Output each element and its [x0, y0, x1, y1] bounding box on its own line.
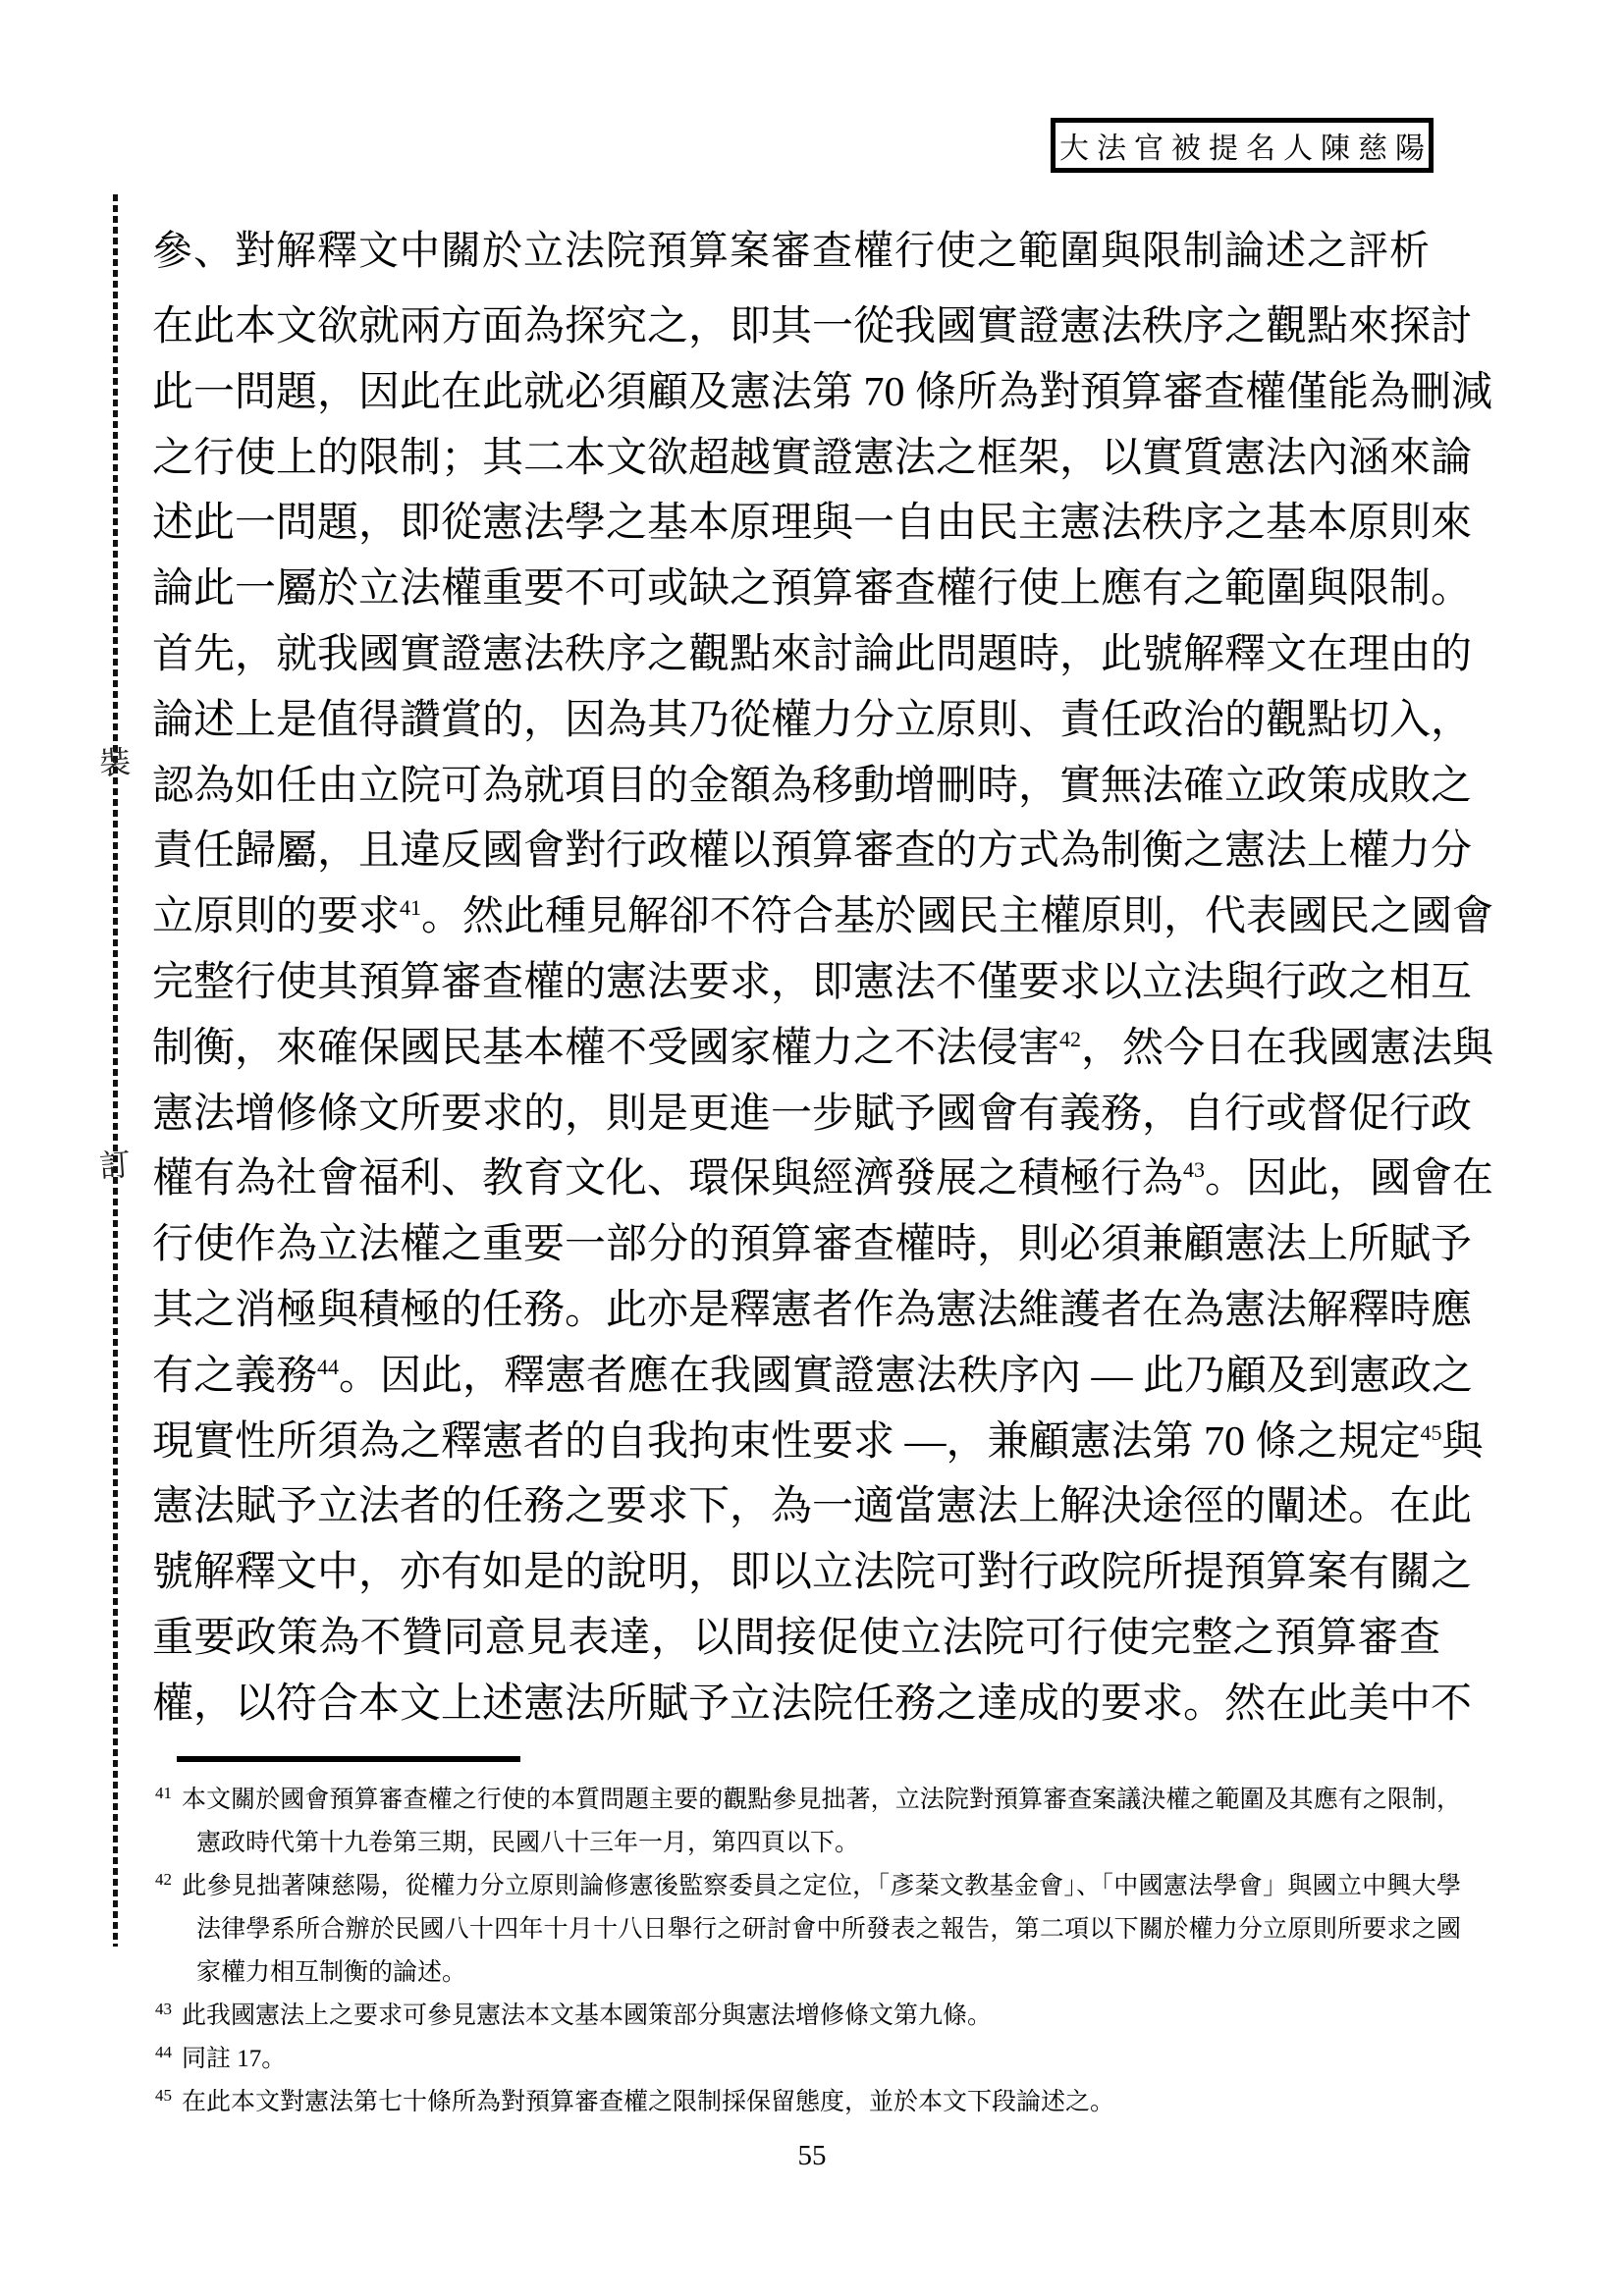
body-line: 之行使上的限制；其二本文欲超越實證憲法之框架，以實質憲法內涵來論	[152, 426, 1440, 492]
body-line: 責任歸屬，且違反國會對行政權以預算審查的方式為制衡之憲法上權力分	[152, 819, 1440, 884]
binding-mark-ding: 訂	[91, 1140, 137, 1188]
footnote-separator	[177, 1756, 520, 1762]
body-line: 號解釋文中，亦有如是的說明，即以立法院可對行政院所提預算案有關之	[152, 1540, 1440, 1606]
body-line: 首先，就我國實證憲法秩序之觀點來討論此問題時，此號解釋文在理由的	[152, 622, 1440, 688]
body-segment: 此一問題，因此在此就必須顧及憲法第 70 條所為對預算審查權僅能為刪減	[152, 370, 1492, 415]
footnote-ref: 43	[1183, 1157, 1205, 1182]
footnote: 45在此本文對憲法第七十條所為對預算審查權之限制採保留態度，並於本文下段論述之。	[155, 2081, 1461, 2124]
body-segment: 與	[1442, 1419, 1484, 1465]
section-title: 參、對解釋文中關於立法院預算案審查權行使之範圍與限制論述之評析	[152, 218, 1448, 276]
body-line: 憲法賦予立法者的任務之要求下，為一適當憲法上解決途徑的闡述。在此	[152, 1474, 1440, 1540]
nominee-header-label: 大法官被提名人陳慈陽	[1052, 124, 1433, 167]
body-line: 認為如任由立院可為就項目的金額為移動增刪時，實無法確立政策成敗之	[152, 754, 1440, 820]
footnote-number: 41	[155, 1784, 172, 1802]
footnote-text: 同註 17。	[182, 2046, 286, 2072]
footnote-number: 45	[155, 2086, 172, 2105]
page-number: 55	[0, 2140, 1624, 2172]
footnote-ref: 44	[317, 1355, 339, 1379]
body-segment: 權，以符合本文上述憲法所賦予立法院任務之達成的要求。然在此美中不	[152, 1682, 1472, 1727]
document-page: 裝 訂 大法官被提名人陳慈陽 參、對解釋文中關於立法院預算案審查權行使之範圍與限…	[0, 0, 1624, 2296]
footnotes: 41本文關於國會預算審查權之行使的本質問題主要的觀點參見拙著，立法院對預算審查案…	[155, 1779, 1461, 2124]
body-text: 在此本文欲就兩方面為探究之，即其一從我國實證憲法秩序之觀點來探討此一問題，因此在…	[152, 294, 1440, 1737]
body-segment: 立原則的要求	[152, 894, 400, 939]
body-segment: 現實性所須為之釋憲者的自我拘束性要求 —，兼顧憲法第 70 條之規定	[152, 1419, 1421, 1465]
body-line: 立原則的要求41。然此種見解卻不符合基於國民主權原則，代表國民之國會	[152, 884, 1440, 950]
body-segment: 。因此，國會在	[1205, 1156, 1493, 1201]
body-line: 在此本文欲就兩方面為探究之，即其一從我國實證憲法秩序之觀點來探討	[152, 294, 1440, 360]
body-segment: 。然此種見解卻不符合基於國民主權原則，代表國民之國會	[421, 894, 1493, 939]
body-line: 述此一問題，即從憲法學之基本原理與一自由民主憲法秩序之基本原則來	[152, 491, 1440, 557]
body-segment: 在此本文欲就兩方面為探究之，即其一從我國實證憲法秩序之觀點來探討	[152, 304, 1472, 349]
body-line: 制衡，來確保國民基本權不受國家權力之不法侵害42，然今日在我國憲法與	[152, 1016, 1440, 1082]
footnote-text: 本文關於國會預算審查權之行使的本質問題主要的觀點參見拙著，立法院對預算審查案議決…	[182, 1787, 1461, 1856]
body-segment: 其之消極與積極的任務。此亦是釋憲者作為憲法維護者在為憲法解釋時應	[152, 1288, 1472, 1333]
footnote: 43此我國憲法上之要求可參見憲法本文基本國策部分與憲法增修條文第九條。	[155, 1995, 1461, 2038]
body-segment: 憲法賦予立法者的任務之要求下，為一適當憲法上解決途徑的闡述。在此	[152, 1484, 1472, 1529]
body-segment: 號解釋文中，亦有如是的說明，即以立法院可對行政院所提預算案有關之	[152, 1550, 1472, 1595]
footnote: 41本文關於國會預算審查權之行使的本質問題主要的觀點參見拙著，立法院對預算審查案…	[155, 1779, 1461, 1865]
body-line: 行使作為立法權之重要一部分的預算審查權時，則必須兼顧憲法上所賦予	[152, 1212, 1440, 1278]
body-segment: 之行使上的限制；其二本文欲超越實證憲法之框架，以實質憲法內涵來論	[152, 436, 1472, 481]
body-line: 其之消極與積極的任務。此亦是釋憲者作為憲法維護者在為憲法解釋時應	[152, 1278, 1440, 1344]
body-line: 論述上是值得讚賞的，因為其乃從權力分立原則、責任政治的觀點切入，	[152, 688, 1440, 754]
footnote-number: 44	[155, 2043, 172, 2061]
body-segment: 重要政策為不贊同意見表達，以間接促使立法院可行使完整之預算審查	[152, 1616, 1440, 1661]
body-line: 權有為社會福利、教育文化、環保與經濟發展之積極行為43。因此，國會在	[152, 1147, 1440, 1212]
body-line: 論此一屬於立法權重要不可或缺之預算審查權行使上應有之範圍與限制。	[152, 557, 1440, 622]
footnote-number: 42	[155, 1870, 172, 1889]
body-segment: 責任歸屬，且違反國會對行政權以預算審查的方式為制衡之憲法上權力分	[152, 828, 1472, 874]
body-line: 完整行使其預算審查權的憲法要求，即憲法不僅要求以立法與行政之相互	[152, 950, 1440, 1016]
binding-dashed-line	[113, 194, 118, 1947]
footnote-text: 在此本文對憲法第七十條所為對預算審查權之限制採保留態度，並於本文下段論述之。	[182, 2089, 1114, 2115]
body-segment: 述此一問題，即從憲法學之基本原理與一自由民主憲法秩序之基本原則來	[152, 501, 1472, 546]
body-segment: 首先，就我國實證憲法秩序之觀點來討論此問題時，此號解釋文在理由的	[152, 632, 1472, 677]
footnote: 42此參見拙著陳慈陽，從權力分立原則論修憲後監察委員之定位，「彥棻文教基金會」、…	[155, 1865, 1461, 1995]
body-line: 有之義務44。因此，釋憲者應在我國實證憲法秩序內 — 此乃顧及到憲政之	[152, 1344, 1440, 1410]
body-line: 憲法增修條文所要求的，則是更進一步賦予國會有義務，自行或督促行政	[152, 1082, 1440, 1148]
body-line: 現實性所須為之釋憲者的自我拘束性要求 —，兼顧憲法第 70 條之規定45與	[152, 1410, 1440, 1475]
footnote-text: 此參見拙著陳慈陽，從權力分立原則論修憲後監察委員之定位，「彥棻文教基金會」、「中…	[182, 1873, 1461, 1986]
body-segment: 有之義務	[152, 1354, 317, 1399]
body-segment: 憲法增修條文所要求的，則是更進一步賦予國會有義務，自行或督促行政	[152, 1092, 1472, 1137]
body-line: 重要政策為不贊同意見表達，以間接促使立法院可行使完整之預算審查	[152, 1606, 1440, 1672]
body-segment: 行使作為立法權之重要一部分的預算審查權時，則必須兼顧憲法上所賦予	[152, 1222, 1472, 1267]
body-line: 此一問題，因此在此就必須顧及憲法第 70 條所為對預算審查權僅能為刪減	[152, 360, 1440, 426]
footnote-number: 43	[155, 2000, 172, 2018]
body-segment: 完整行使其預算審查權的憲法要求，即憲法不僅要求以立法與行政之相互	[152, 960, 1472, 1005]
binding-mark-zhuang: 裝	[91, 737, 137, 785]
body-segment: ，然今日在我國憲法與	[1081, 1026, 1493, 1071]
footnote-text: 此我國憲法上之要求可參見憲法本文基本國策部分與憲法增修條文第九條。	[182, 2002, 992, 2029]
nominee-header-box: 大法官被提名人陳慈陽	[1051, 118, 1434, 173]
footnote-ref: 45	[1421, 1420, 1442, 1445]
body-segment: 權有為社會福利、教育文化、環保與經濟發展之積極行為	[152, 1156, 1183, 1201]
body-segment: 論述上是值得讚賞的，因為其乃從權力分立原則、責任政治的觀點切入，	[152, 698, 1472, 743]
body-segment: 。因此，釋憲者應在我國實證憲法秩序內 — 此乃顧及到憲政之	[339, 1354, 1473, 1399]
body-segment: 認為如任由立院可為就項目的金額為移動增刪時，實無法確立政策成敗之	[152, 764, 1472, 809]
footnote-ref: 41	[400, 895, 421, 920]
body-segment: 論此一屬於立法權重要不可或缺之預算審查權行使上應有之範圍與限制。	[152, 566, 1472, 612]
body-segment: 制衡，來確保國民基本權不受國家權力之不法侵害	[152, 1026, 1059, 1071]
footnote: 44同註 17。	[155, 2038, 1461, 2081]
footnote-ref: 42	[1059, 1027, 1081, 1051]
body-line: 權，以符合本文上述憲法所賦予立法院任務之達成的要求。然在此美中不	[152, 1672, 1440, 1737]
